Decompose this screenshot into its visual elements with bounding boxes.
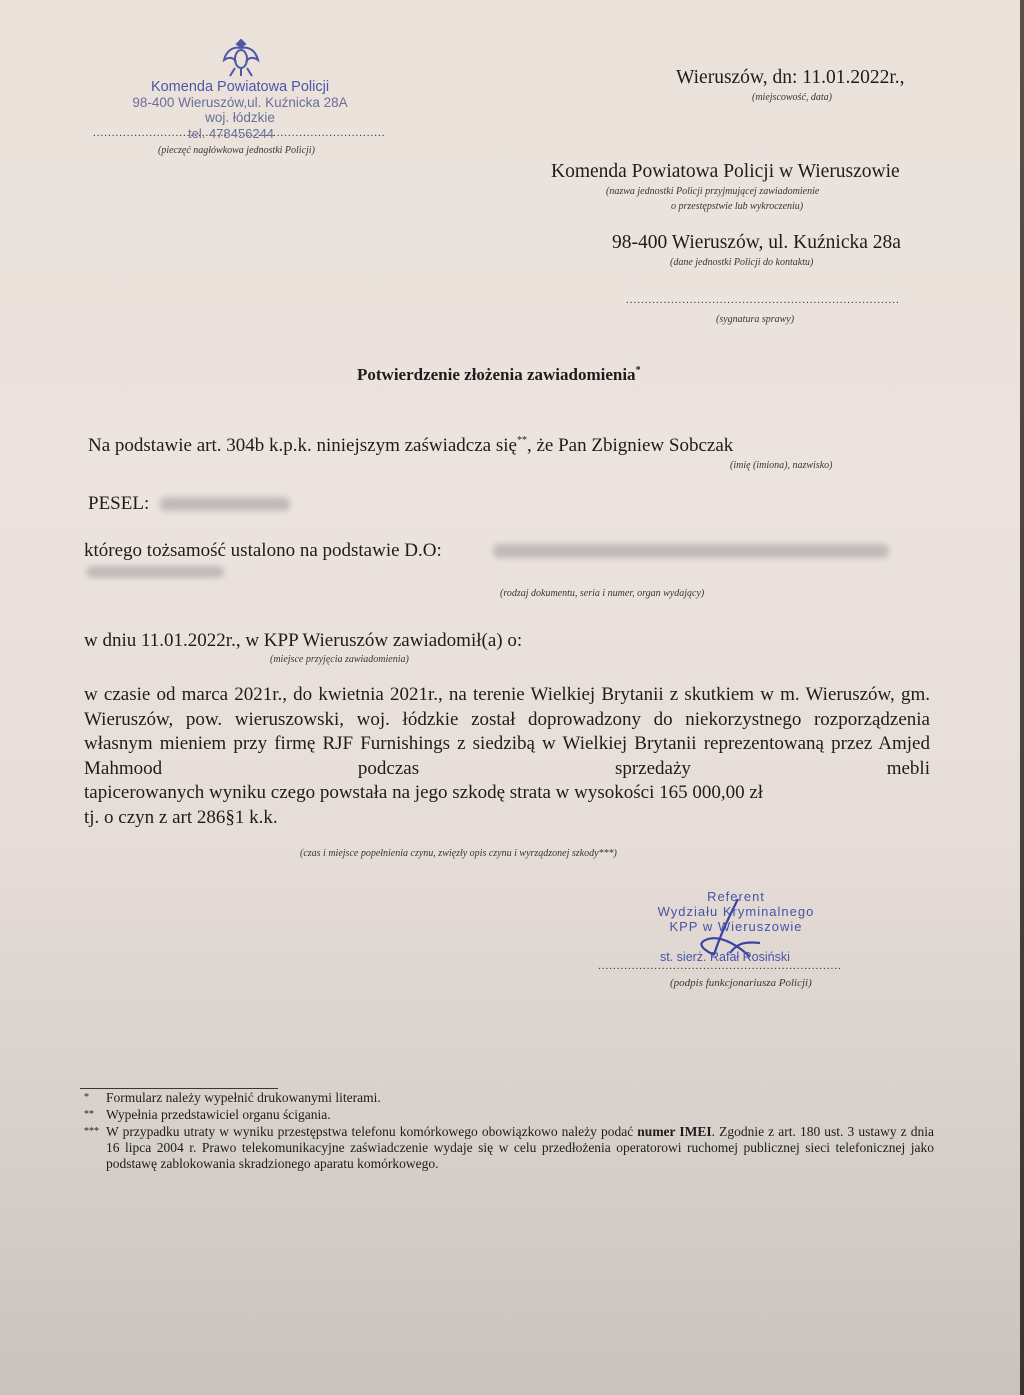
stamp-phone: tel. 478456244 (188, 126, 274, 141)
incident-description: w czasie od marca 2021r., do kwietnia 20… (84, 683, 930, 781)
stamp-line-3: woj. łódzkie (90, 110, 390, 125)
emblem-icon (218, 34, 264, 80)
person-name-caption: (imię (imiona), nazwisko) (730, 460, 833, 471)
stamp-caption: (pieczęć nagłówkowa jednostki Policji) (158, 145, 315, 156)
police-unit-caption-2: o przestępstwie lub wykroczeniu) (671, 201, 803, 212)
header-stamp: Komenda Powiatowa Policji 98-400 Wierusz… (90, 80, 390, 125)
case-signature-caption: (sygnatura sprawy) (716, 314, 794, 325)
place-date: Wieruszów, dn: 11.01.2022r., (676, 67, 905, 89)
signature-dotted-line: ........................................… (598, 960, 902, 972)
certification-line: Na podstawie art. 304b k.p.k. niniejszym… (88, 435, 733, 457)
notified-caption: (miejsce przyjęcia zawiadomienia) (270, 654, 409, 665)
pesel-label: PESEL: (88, 493, 149, 515)
police-unit-caption-1: (nazwa jednostki Policji przyjmującej za… (606, 186, 819, 197)
certification-text: Na podstawie art. 304b k.p.k. niniejszym… (88, 435, 517, 456)
footnote-3: *** W przypadku utraty w wyniku przestęp… (84, 1124, 934, 1172)
person-name: , że Pan Zbigniew Sobczak (527, 435, 733, 456)
title-text: Potwierdzenie złożenia zawiadomienia (357, 365, 636, 384)
stamp-line-1: Komenda Powiatowa Policji (90, 80, 390, 95)
place-date-caption: (miejscowość, data) (752, 92, 832, 103)
police-unit-address: 98-400 Wieruszów, ul. Kuźnicka 28a (612, 232, 901, 254)
id-document-redacted-2 (86, 566, 224, 578)
incident-description-caption: (czas i miejsce popełnienia czynu, zwięz… (300, 848, 617, 859)
imei-emphasis: numer IMEI (637, 1124, 711, 1139)
page-edge-shadow (1020, 0, 1024, 1395)
signature-caption: (podpis funkcjonariusza Policji) (670, 977, 812, 989)
document-title: Potwierdzenie złożenia zawiadomienia* (357, 365, 641, 385)
incident-legal-basis: tj. o czyn z art 286§1 k.k. (84, 806, 278, 831)
footnote-separator (80, 1088, 278, 1089)
id-document-caption: (rodzaj dokumentu, seria i numer, organ … (500, 588, 704, 599)
footnote-1: *Formularz należy wypełnić drukowanymi l… (84, 1090, 381, 1106)
id-document-label: którego tożsamość ustalono na podstawie … (84, 540, 442, 562)
notified-line: w dniu 11.01.2022r., w KPP Wieruszów zaw… (84, 630, 522, 652)
pesel-redacted (160, 497, 290, 511)
police-unit-address-caption: (dane jednostki Policji do kontaktu) (670, 257, 813, 268)
stamp-line-2: 98-400 Wieruszów,ul. Kuźnicka 28A (90, 95, 390, 110)
incident-description-loss: tapicerowanych wyniku czego powstała na … (84, 781, 763, 806)
id-document-redacted (493, 544, 889, 558)
footnote-2: **Wypełnia przedstawiciel organu ścigani… (84, 1107, 331, 1123)
case-signature-field: ........................................… (626, 294, 898, 306)
title-footnote-mark: * (636, 365, 641, 376)
certification-mark: ** (517, 435, 527, 446)
police-unit-name: Komenda Powiatowa Policji w Wieruszowie (551, 161, 900, 183)
